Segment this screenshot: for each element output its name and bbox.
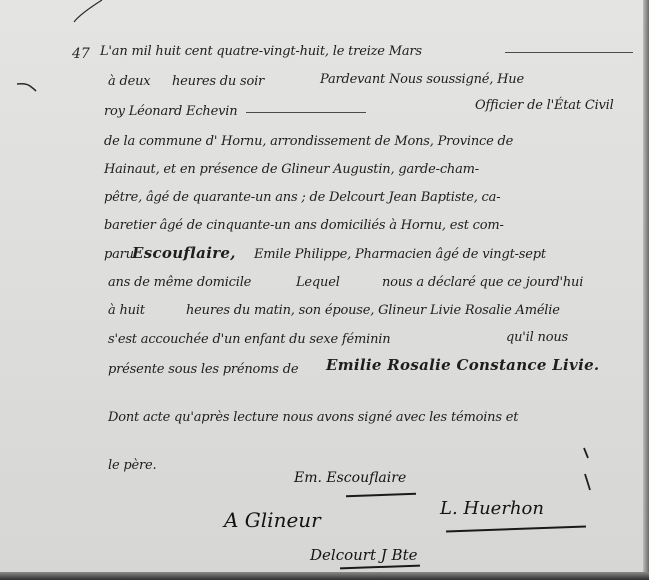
record-line-5-witness-1: Hainaut, et en présence de Glineur Augus…: [104, 162, 479, 177]
record-line-9-declaration: nous a déclaré que ce jourd'hui: [382, 275, 583, 290]
margin-tick-marks: [580, 446, 594, 494]
record-line-10-mother: heures du matin, son épouse, Glineur Liv…: [186, 303, 560, 318]
signature-declarant: Em. Escouflaire: [294, 470, 406, 486]
record-line-6-witness-2: pêtre, âgé de quarante-un ans ; de Delco…: [104, 190, 500, 205]
record-line-1: L'an mil huit cent quatre-vingt-huit, le…: [100, 44, 422, 59]
signature-flourish: [346, 493, 416, 497]
signature-witness-2: Delcourt J Bte: [310, 546, 417, 564]
signature-flourish: [340, 565, 420, 569]
record-line-13-closing: Dont acte qu'après lecture nous avons si…: [108, 410, 518, 425]
signature-witness-1: A Glineur: [224, 508, 321, 532]
declarant-surname: Escouflaire,: [132, 244, 236, 262]
record-line-4-commune: de la commune d' Hornu, arrondissement d…: [104, 134, 513, 149]
margin-mark-icon: [16, 82, 38, 92]
page-edge-bottom: [0, 572, 649, 580]
record-line-2-time: heures du soir: [172, 74, 264, 89]
entry-number: 47: [72, 46, 90, 62]
record-line-10-hour: à huit: [108, 303, 145, 318]
record-line-2-time-hour: à deux: [108, 74, 150, 89]
record-line-14-father: le père.: [108, 458, 156, 473]
record-line-11-presents: qu'il nous: [506, 330, 568, 345]
fill-line: [246, 112, 366, 113]
page-edge-right: [643, 0, 649, 580]
record-line-8-paru: paru: [104, 247, 134, 262]
fill-line: [505, 52, 633, 53]
margin-pen-stroke: [72, 0, 112, 30]
record-line-12-prenoms-intro: présente sous les prénoms de: [108, 362, 298, 377]
record-line-3-officer-name: roy Léonard Echevin: [104, 104, 237, 119]
record-line-9-lequel: Lequel: [296, 275, 340, 290]
record-line-11-birth: s'est accouchée d'un enfant du sexe fémi…: [108, 332, 390, 347]
scanned-document-page: 47 L'an mil huit cent quatre-vingt-huit,…: [0, 0, 649, 580]
record-line-8-declarant: Emile Philippe, Pharmacien âgé de vingt-…: [254, 247, 546, 262]
record-line-7-domicile: baretier âgé de cinquante-un ans domicil…: [104, 218, 504, 233]
signature-flourish: [446, 526, 586, 532]
record-line-9-domicile: ans de même domicile: [108, 275, 251, 290]
child-given-names: Emilie Rosalie Constance Livie.: [326, 356, 599, 374]
signature-officer: L. Huerhon: [440, 498, 544, 519]
record-line-3-officer-title: Officier de l'État Civil: [475, 98, 614, 113]
record-line-2-officer-intro: Pardevant Nous soussigné, Hue: [320, 72, 524, 87]
